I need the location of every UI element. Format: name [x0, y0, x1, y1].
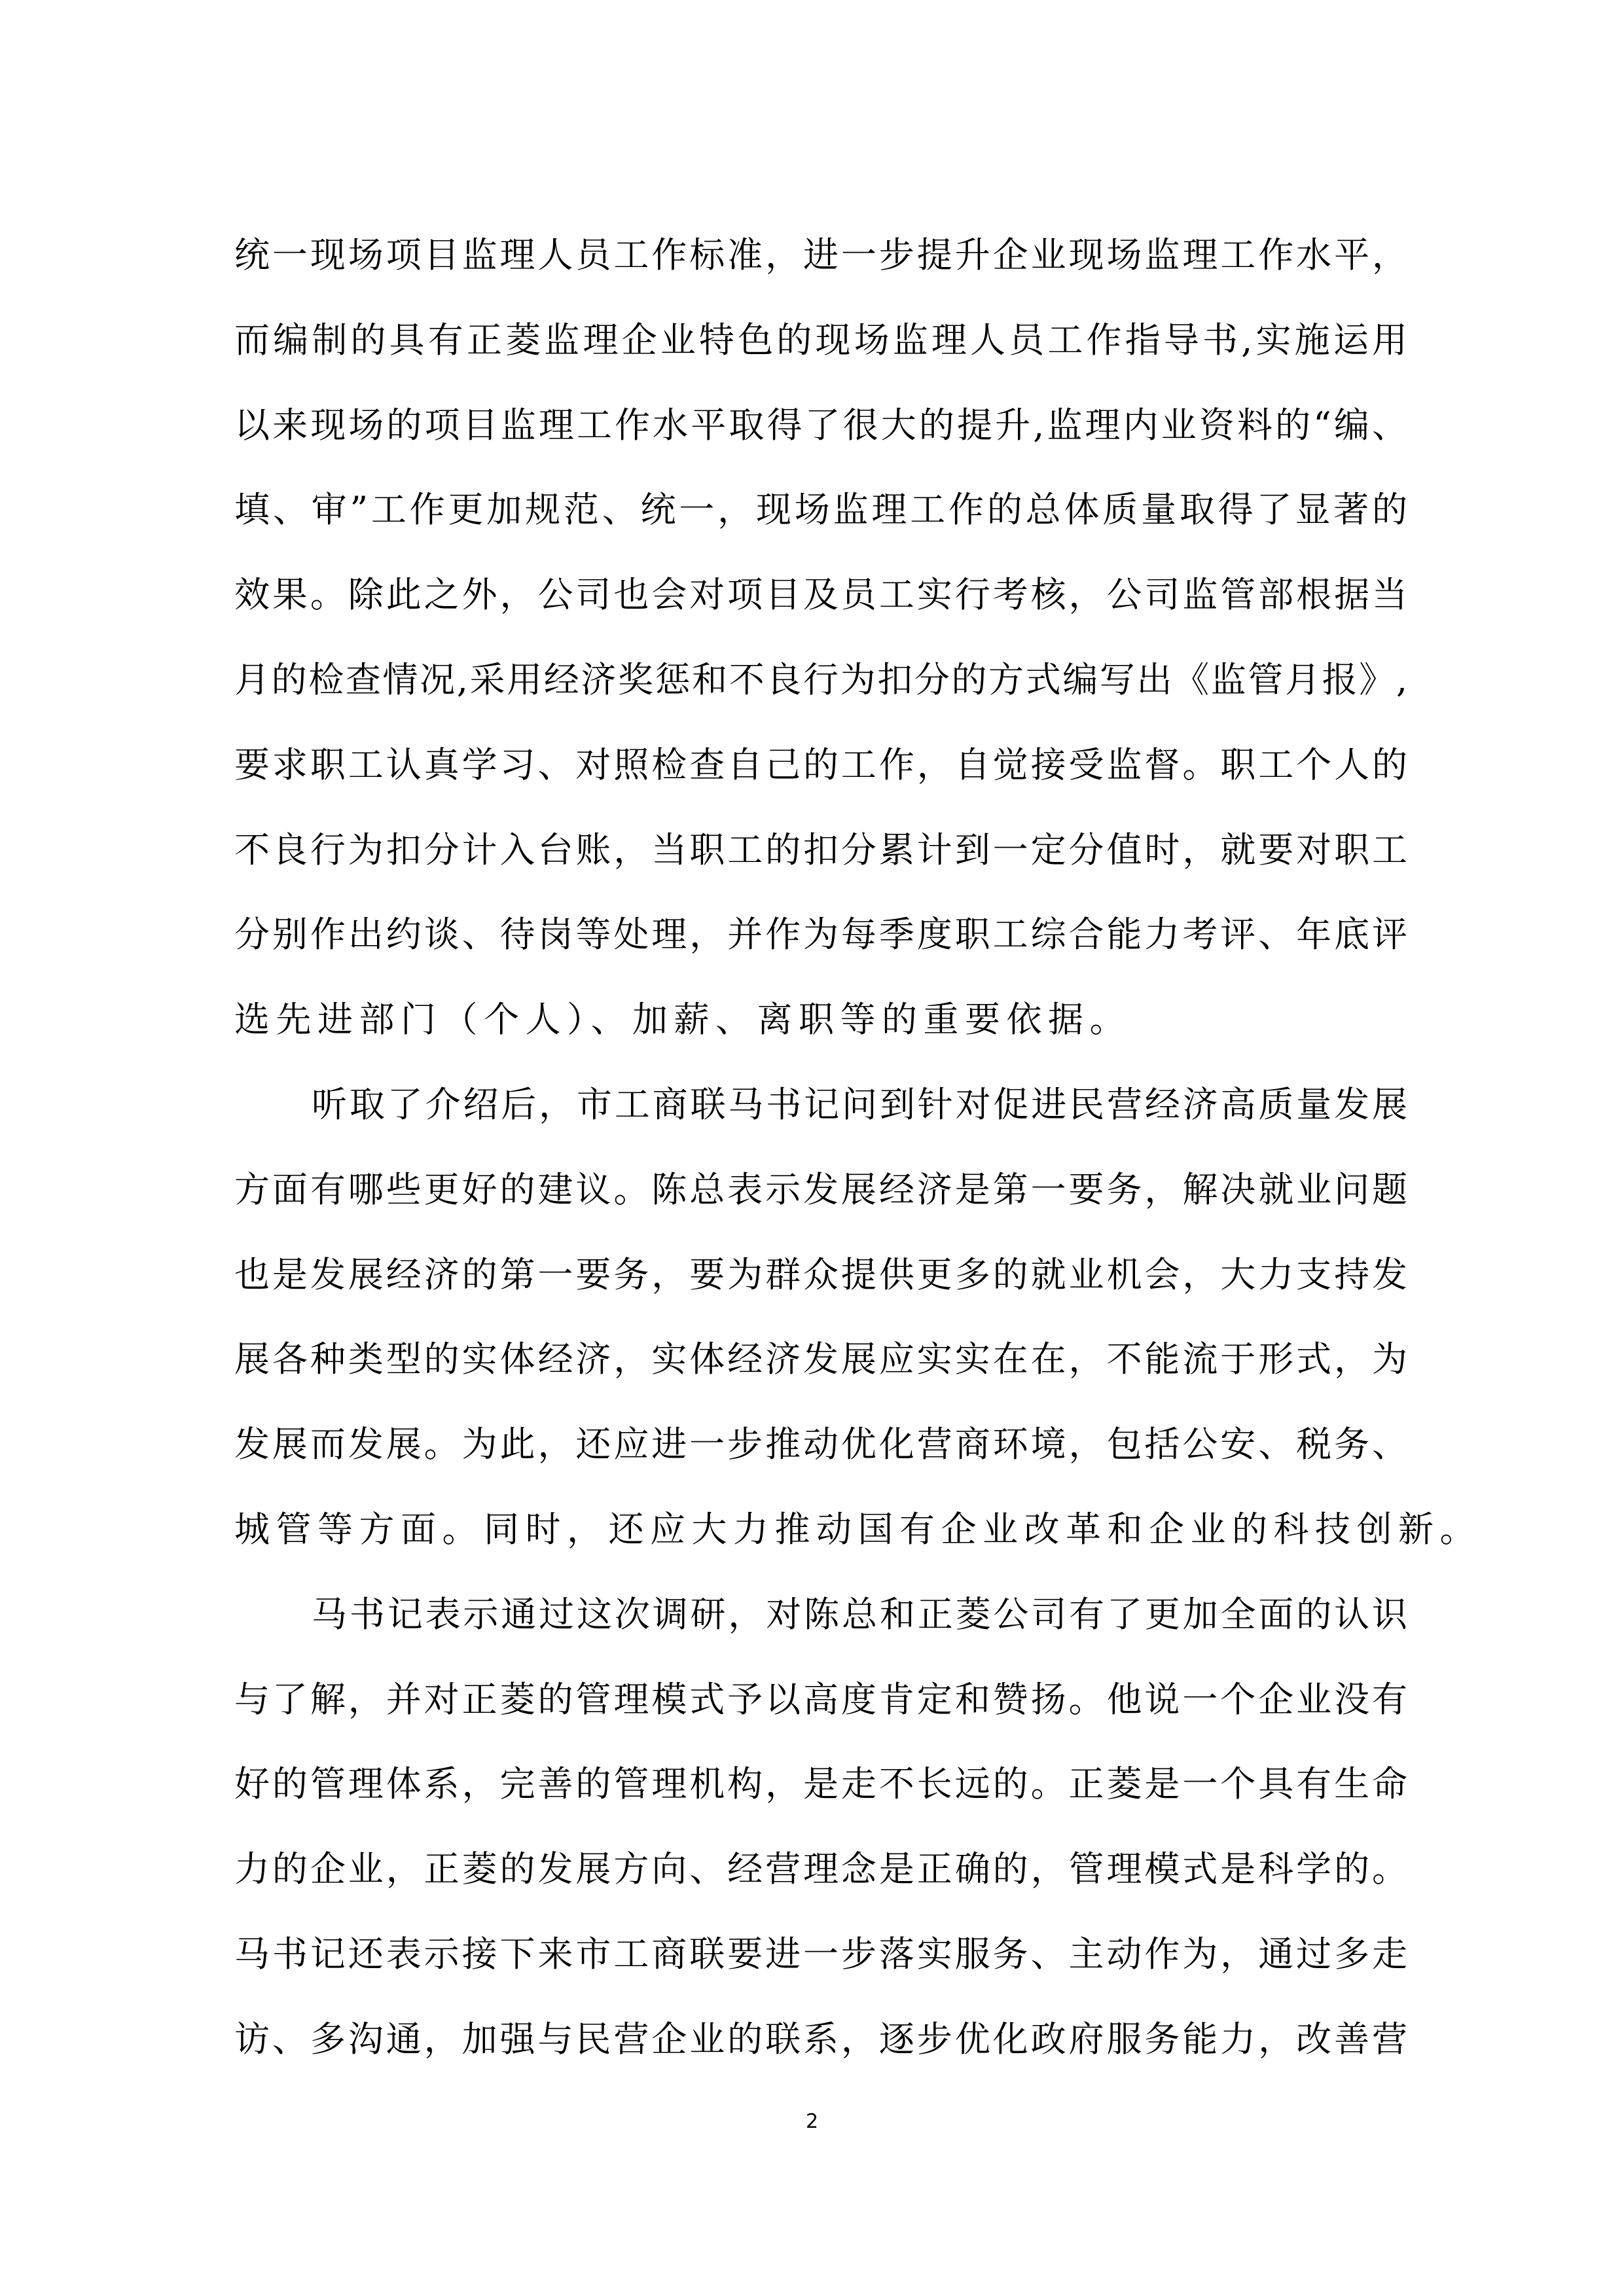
text-line: 马书记表示通过这次调研，对陈总和正菱公司有了更加全面的认识: [234, 1572, 1407, 1657]
text-line: 以来现场的项目监理工作水平取得了很大的提升,监理内业资料的“编、: [234, 383, 1407, 468]
text-line: 选先进部门（个人）、加薪、离职等的重要依据。: [234, 977, 1407, 1062]
text-line: 效果。除此之外，公司也会对项目及员工实行考核，公司监管部根据当: [234, 552, 1407, 637]
text-line: 力的企业，正菱的发展方向、经营理念是正确的，管理模式是科学的。: [234, 1827, 1407, 1912]
text-line: 好的管理体系，完善的管理机构，是走不长远的。正菱是一个具有生命: [234, 1742, 1407, 1827]
text-line: 也是发展经济的第一要务，要为群众提供更多的就业机会，大力支持发: [234, 1232, 1407, 1318]
text-line: 马书记还表示接下来市工商联要进一步落实服务、主动作为，通过多走: [234, 1912, 1407, 1997]
text-line: 展各种类型的实体经济，实体经济发展应实实在在，不能流于形式，为: [234, 1317, 1407, 1402]
page-number: 2: [0, 2109, 1624, 2135]
document-page: 统一现场项目监理人员工作标准，进一步提升企业现场监理工作水平， 而编制的具有正菱…: [0, 0, 1624, 2296]
text-line: 方面有哪些更好的建议。陈总表示发展经济是第一要务，解决就业问题: [234, 1147, 1407, 1232]
text-line: 统一现场项目监理人员工作标准，进一步提升企业现场监理工作水平，: [234, 213, 1407, 298]
paragraph-3: 马书记表示通过这次调研，对陈总和正菱公司有了更加全面的认识 与了解，并对正菱的管…: [234, 1572, 1407, 2082]
paragraph-1: 统一现场项目监理人员工作标准，进一步提升企业现场监理工作水平， 而编制的具有正菱…: [234, 213, 1407, 1062]
document-body: 统一现场项目监理人员工作标准，进一步提升企业现场监理工作水平， 而编制的具有正菱…: [234, 213, 1407, 2082]
text-line: 不良行为扣分计入台账，当职工的扣分累计到一定分值时，就要对职工: [234, 808, 1407, 893]
text-line: 访、多沟通，加强与民营企业的联系，逐步优化政府服务能力，改善营: [234, 1997, 1407, 2082]
text-line: 听取了介绍后，市工商联马书记问到针对促进民营经济高质量发展: [234, 1062, 1407, 1147]
text-line: 要求职工认真学习、对照检查自己的工作，自觉接受监督。职工个人的: [234, 723, 1407, 808]
text-line: 月的检查情况,采用经济奖惩和不良行为扣分的方式编写出《监管月报》,: [234, 637, 1407, 723]
paragraph-2: 听取了介绍后，市工商联马书记问到针对促进民营经济高质量发展 方面有哪些更好的建议…: [234, 1062, 1407, 1572]
text-line: 与了解，并对正菱的管理模式予以高度肯定和赞扬。他说一个企业没有: [234, 1657, 1407, 1742]
text-line: 发展而发展。为此，还应进一步推动优化营商环境，包括公安、税务、: [234, 1402, 1407, 1487]
text-line: 而编制的具有正菱监理企业特色的现场监理人员工作指导书,实施运用: [234, 298, 1407, 383]
text-line: 填、审”工作更加规范、统一，现场监理工作的总体质量取得了显著的: [234, 467, 1407, 552]
text-line: 分别作出约谈、待岗等处理，并作为每季度职工综合能力考评、年底评: [234, 892, 1407, 977]
text-line: 城管等方面。同时，还应大力推动国有企业改革和企业的科技创新。: [234, 1487, 1407, 1572]
